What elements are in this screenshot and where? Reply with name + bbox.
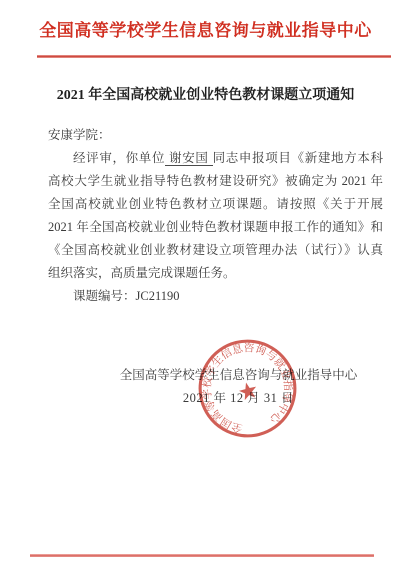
project-code-label: 课题编号： bbox=[73, 289, 136, 303]
body-line-prefix: 经评审，你单位 bbox=[73, 151, 165, 165]
project-code-line: 课题编号：JC21190 bbox=[48, 285, 383, 308]
signature-block: 全国高等学校学生信息咨询与就业指导中心 2021 年 12 月 31 日 bbox=[66, 364, 411, 410]
body-line: 全国高校就业创业特色教材立项课题。请按照《关于开展 bbox=[48, 193, 383, 216]
signature-date: 2021 年 12 月 31 日 bbox=[66, 387, 411, 410]
body-line-suffix: 同志申报项目《新建地方本科 bbox=[213, 151, 383, 165]
footer-divider bbox=[30, 554, 374, 557]
body-line: 《全国高校就业创业教材建设立项管理办法（试行）》认真 bbox=[48, 239, 383, 262]
letterhead-divider bbox=[37, 55, 391, 58]
letterhead-org-name: 全国高等学校学生信息咨询与就业指导中心 bbox=[0, 16, 411, 41]
notice-document: 全国高等学校学生信息咨询与就业指导中心 2021 年全国高校就业创业特色教材课题… bbox=[0, 0, 411, 576]
signature-org-name: 全国高等学校学生信息咨询与就业指导中心 bbox=[66, 364, 411, 387]
body-line: 组织落实，高质量完成课题任务。 bbox=[48, 262, 383, 285]
body-line: 经评审，你单位谢安国同志申报项目《新建地方本科 bbox=[48, 147, 383, 170]
awardee-name: 谢安国 bbox=[165, 151, 212, 166]
body-line: 2021 年全国高校就业创业特色教材课题申报工作的通知》和 bbox=[48, 216, 383, 239]
project-code-value: JC21190 bbox=[136, 289, 180, 303]
notice-body: 安康学院： 经评审，你单位谢安国同志申报项目《新建地方本科 高校大学生就业指导特… bbox=[48, 124, 383, 308]
notice-title: 2021 年全国高校就业创业特色教材课题立项通知 bbox=[0, 84, 411, 104]
salutation: 安康学院： bbox=[48, 124, 383, 147]
body-line: 高校大学生就业指导特色教材建设研究》被确定为 2021 年 bbox=[48, 170, 383, 193]
